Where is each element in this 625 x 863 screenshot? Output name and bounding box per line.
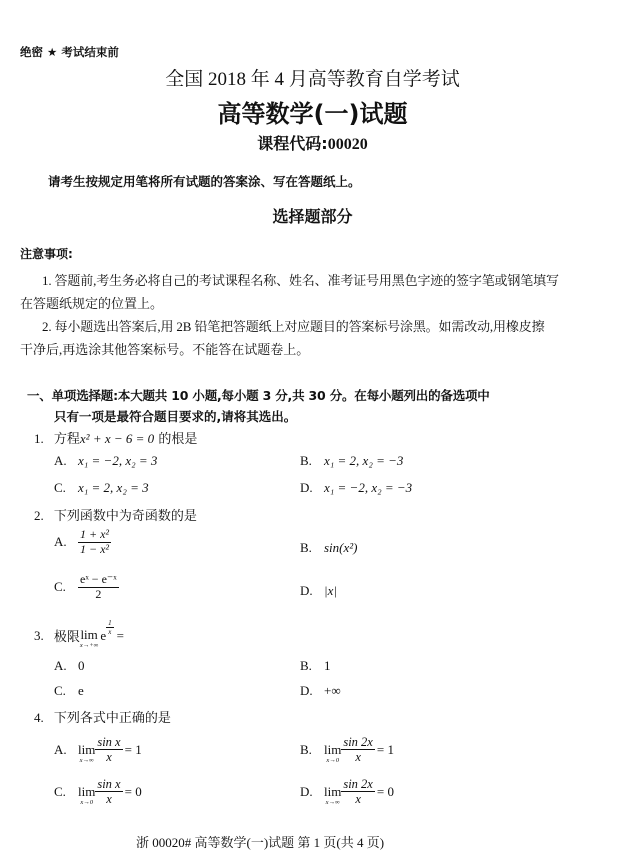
question-number: 1.	[34, 431, 44, 446]
option-text: 0	[78, 658, 85, 673]
denominator: x	[341, 792, 375, 806]
fraction: sin xx	[95, 777, 122, 807]
q2-option-c[interactable]: C.eˣ − e⁻ˣ2	[54, 573, 119, 602]
q3-option-d[interactable]: D.+∞	[300, 683, 341, 699]
option-label: D.	[300, 583, 324, 599]
denominator: 1 − x²	[78, 543, 111, 557]
option-text: |x|	[324, 583, 337, 598]
q4-option-c[interactable]: C.limx→0sin xx= 0	[54, 777, 142, 807]
note-2-line-2: 干净后,再选涂其他答案标号。不能答在试题卷上。	[20, 339, 309, 358]
q4-option-b[interactable]: B.limx→0sin 2xx= 1	[300, 735, 394, 765]
q3-option-c[interactable]: C.e	[54, 683, 84, 699]
option-text: x₁ = 2, x₂ = −3	[324, 453, 403, 468]
denominator: x	[95, 792, 122, 806]
q2-option-a[interactable]: A.1 + x²1 − x²	[54, 528, 111, 557]
q3-option-a[interactable]: A.0	[54, 658, 85, 674]
option-label: A.	[54, 453, 78, 469]
equals-sign: =	[117, 628, 124, 643]
q4-option-a[interactable]: A.limx→∞sin xx= 1	[54, 735, 142, 765]
q1-option-d[interactable]: D.x₁ = −2, x₂ = −3	[300, 480, 412, 496]
numerator: sin x	[95, 735, 122, 750]
lim-word: lim	[80, 628, 98, 641]
stem-prefix: 极限	[54, 630, 80, 645]
rhs: = 0	[377, 784, 394, 799]
fraction: sin xx	[95, 735, 122, 765]
lim-word: lim	[324, 785, 341, 798]
course-code-line: 课程代码:00020	[0, 131, 625, 154]
option-text: x₁ = −2, x₂ = 3	[78, 453, 157, 468]
denominator: x	[95, 750, 122, 764]
option-label: A.	[54, 534, 78, 550]
option-label: C.	[54, 579, 78, 595]
stem-math: x² + x − 6 = 0	[80, 431, 154, 446]
lim-subscript: x→∞	[324, 800, 341, 807]
lim-subscript: x→∞	[78, 758, 95, 765]
stem-prefix: 方程	[54, 432, 80, 447]
exam-title: 全国 2018 年 4 月高等教育自学考试	[0, 64, 625, 91]
q1-option-c[interactable]: C.x₁ = 2, x₂ = 3	[54, 480, 149, 496]
course-code-label: 课程代码:	[257, 134, 327, 153]
numerator: 1 + x²	[78, 528, 111, 543]
option-text: sin(x²)	[324, 540, 358, 555]
part1-heading-line-1: 一、单项选择题:本大题共 10 小题,每小题 3 分,共 30 分。在每小题列出…	[27, 386, 490, 404]
note-2-line-1: 2. 每小题选出答案后,用 2B 铅笔把答题纸上对应题目的答案标号涂黑。如需改动…	[42, 316, 544, 335]
option-label: B.	[300, 742, 324, 758]
option-text: x₁ = −2, x₂ = −3	[324, 480, 412, 495]
rhs: = 1	[125, 742, 142, 757]
lim-word: lim	[78, 785, 95, 798]
lim-subscript: x→0	[324, 758, 341, 765]
option-label: D.	[300, 480, 324, 496]
option-label: B.	[300, 540, 324, 556]
q3-option-b[interactable]: B.1	[300, 658, 331, 674]
lim-subscript: x→+∞	[80, 643, 98, 650]
lim-subscript: x→0	[78, 800, 95, 807]
option-label: B.	[300, 658, 324, 674]
lim-word: lim	[78, 743, 95, 756]
stem-text: 下列函数中为奇函数的是	[54, 509, 197, 524]
stem-text: 下列各式中正确的是	[54, 711, 171, 726]
question-number: 4.	[34, 710, 44, 725]
option-label: A.	[54, 658, 78, 674]
question-number: 3.	[34, 628, 44, 643]
limit-operator: limx→∞	[78, 743, 95, 765]
denominator: x	[341, 750, 375, 764]
rhs: = 0	[125, 784, 142, 799]
exponent-denominator: x	[106, 628, 114, 636]
exponent-numerator: 1	[106, 619, 114, 628]
option-label: C.	[54, 480, 78, 496]
part1-heading-line-2: 只有一项是最符合题目要求的,请将其选出。	[54, 407, 296, 425]
fraction: sin 2xx	[341, 777, 375, 807]
option-text: 1	[324, 658, 331, 673]
q1-option-a[interactable]: A.x₁ = −2, x₂ = 3	[54, 453, 157, 469]
page-footer: 浙 00020# 高等数学(一)试题 第 1 页(共 4 页)	[136, 832, 384, 851]
option-label: D.	[300, 784, 324, 800]
section-title: 选择题部分	[0, 204, 625, 227]
question-4-stem: 4. 下列各式中正确的是	[34, 707, 171, 726]
denominator: 2	[78, 588, 119, 602]
q2-option-b[interactable]: B.sin(x²)	[300, 540, 358, 556]
note-1-line-2: 在答题纸规定的位置上。	[20, 293, 163, 312]
question-number: 2.	[34, 508, 44, 523]
exponent-fraction: 1x	[106, 619, 114, 636]
q1-option-b[interactable]: B.x₁ = 2, x₂ = −3	[300, 453, 403, 469]
limit-operator: limx→∞	[324, 785, 341, 807]
option-label: C.	[54, 784, 78, 800]
lim-word: lim	[324, 743, 341, 756]
option-label: D.	[300, 683, 324, 699]
question-1-stem: 1. 方程x² + x − 6 = 0 的根是	[34, 428, 197, 447]
instruction: 请考生按规定用笔将所有试题的答案涂、写在答题纸上。	[48, 172, 361, 190]
numerator: eˣ − e⁻ˣ	[78, 573, 119, 588]
confidential-label: 绝密 ★ 考试结束前	[20, 44, 119, 60]
course-code: 00020	[328, 136, 368, 153]
stem-suffix: 的根是	[158, 432, 197, 447]
numerator: sin 2x	[341, 777, 375, 792]
fraction: 1 + x²1 − x²	[78, 528, 111, 557]
q4-option-d[interactable]: D.limx→∞sin 2xx= 0	[300, 777, 394, 807]
notes-heading: 注意事项:	[20, 245, 73, 262]
q2-option-d[interactable]: D.|x|	[300, 583, 337, 599]
question-3-stem: 3. 极限limx→+∞e1x=	[34, 622, 124, 650]
fraction: sin 2xx	[341, 735, 375, 765]
numerator: sin 2x	[341, 735, 375, 750]
limit-operator: limx→0	[78, 785, 95, 807]
option-label: A.	[54, 742, 78, 758]
limit-operator: limx→+∞	[80, 628, 98, 650]
numerator: sin x	[95, 777, 122, 792]
option-label: C.	[54, 683, 78, 699]
limit-operator: limx→0	[324, 743, 341, 765]
fraction: eˣ − e⁻ˣ2	[78, 573, 119, 602]
question-2-stem: 2. 下列函数中为奇函数的是	[34, 505, 197, 524]
option-label: B.	[300, 453, 324, 469]
rhs: = 1	[377, 742, 394, 757]
option-text: x₁ = 2, x₂ = 3	[78, 480, 149, 495]
subject-title: 高等数学(一)试题	[0, 94, 625, 129]
option-text: +∞	[324, 683, 341, 698]
option-text: e	[78, 683, 84, 698]
note-1-line-1: 1. 答题前,考生务必将自己的考试课程名称、姓名、准考证号用黑色字迹的签字笔或钢…	[42, 270, 559, 289]
